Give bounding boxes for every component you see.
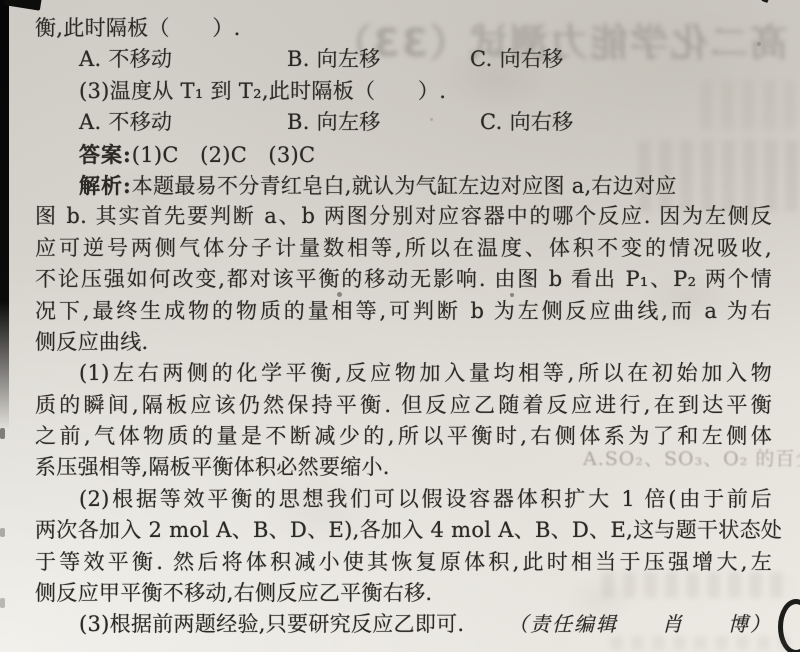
answer-label: 答案: xyxy=(79,142,132,167)
editor-credit: （责任编辑 肖 博） xyxy=(508,609,772,640)
analysis-body-line: 图 b. 其实首先要判断 a、b 两图分别对应容器中的哪个反应. 因为左侧反 xyxy=(35,201,772,232)
analysis-label: 解析: xyxy=(79,173,132,198)
point2-line: 于等效平衡. 然后将体积减小使其恢复原体积,此时相当于压强增大,左 xyxy=(35,547,772,578)
analysis-body-line: 应可逆号两侧气体分子计量数相等,所以在温度、体积不变的情况吸收, xyxy=(35,233,772,264)
point2-line: 侧反应甲平衡不移动,右侧反应乙平衡右移. xyxy=(35,578,772,609)
option-c: C. 向右移 xyxy=(470,44,563,75)
scan-edge-dash xyxy=(0,598,5,608)
option-a: A. 不移动 xyxy=(79,44,172,75)
question-3-line: (3)温度从 T₁ 到 T₂,此时隔板（ ）. xyxy=(35,76,772,107)
options-row-1: A. 不移动 B. 向左移 C. 向右移 xyxy=(35,44,772,75)
point2-line: (2)根据等效平衡的思想我们可以假设容器体积扩大 1 倍(由于前后 xyxy=(35,484,772,515)
point2-line: 两次各加入 2 mol A、B、D、E),各加入 4 mol A、B、D、E,这… xyxy=(35,515,772,546)
point3-line: (3)根据前两题经验,只要研究反应乙即可. （责任编辑 肖 博） xyxy=(35,609,772,640)
option-a: A. 不移动 xyxy=(79,107,172,138)
scan-right-arc-mark xyxy=(778,599,800,652)
answer-line: 答案:(1)C (2)C (3)C xyxy=(35,139,772,170)
analysis-body-line: 况下,最终生成物的物质的量相等,可判断 b 为左侧反应曲线,而 a 为右 xyxy=(35,296,772,327)
scan-edge-dash xyxy=(0,428,5,439)
point3-text: (3)根据前两题经验,只要研究反应乙即可. xyxy=(79,609,464,640)
analysis-body-line: 侧反应曲线. xyxy=(35,327,772,358)
analysis-first-line: 解析:本题最易不分青红皂白,就认为气缸左边对应图 a,右边对应 xyxy=(35,170,772,201)
option-c: C. 向右移 xyxy=(480,107,573,138)
options-row-2: A. 不移动 B. 向左移 C. 向右移 xyxy=(35,107,772,138)
scan-edge-strip xyxy=(0,0,9,430)
option-b: B. 向左移 xyxy=(287,44,381,75)
analysis-text: 本题最易不分青红皂白,就认为气缸左边对应图 a,右边对应 xyxy=(132,174,677,198)
scan-corner-mark xyxy=(4,0,42,11)
point1-line: 之前,气体物质的量是不断减少的,所以平衡时,右侧体系为了和左侧体 xyxy=(35,421,772,452)
scan-edge-dash xyxy=(0,528,5,537)
scanned-textbook-page: 高二化学能力测试（33） A.SO₂、SO₃、O₂ 的百分含量 衡,此时隔板（ … xyxy=(0,0,800,652)
answer-text: (1)C (2)C (3)C xyxy=(132,143,316,167)
point1-line: 质的瞬间,隔板应该仍然保持平衡. 但反应乙随着反应进行,在到达平衡 xyxy=(35,390,772,421)
text-column: 衡,此时隔板（ ）. A. 不移动 B. 向左移 C. 向右移 (3)温度从 T… xyxy=(35,13,772,641)
point1-line: (1)左右两侧的化学平衡,反应物加入量均相等,所以在初始加入物 xyxy=(35,358,772,389)
question-continuation-line: 衡,此时隔板（ ）. xyxy=(35,13,772,44)
point1-line: 系压强相等,隔板平衡体积必然要缩小. xyxy=(35,452,772,483)
option-b: B. 向左移 xyxy=(287,107,381,138)
analysis-body-line: 不论压强如何改变,都对该平衡的移动无影响. 由图 b 看出 P₁、P₂ 两个情 xyxy=(35,264,772,295)
